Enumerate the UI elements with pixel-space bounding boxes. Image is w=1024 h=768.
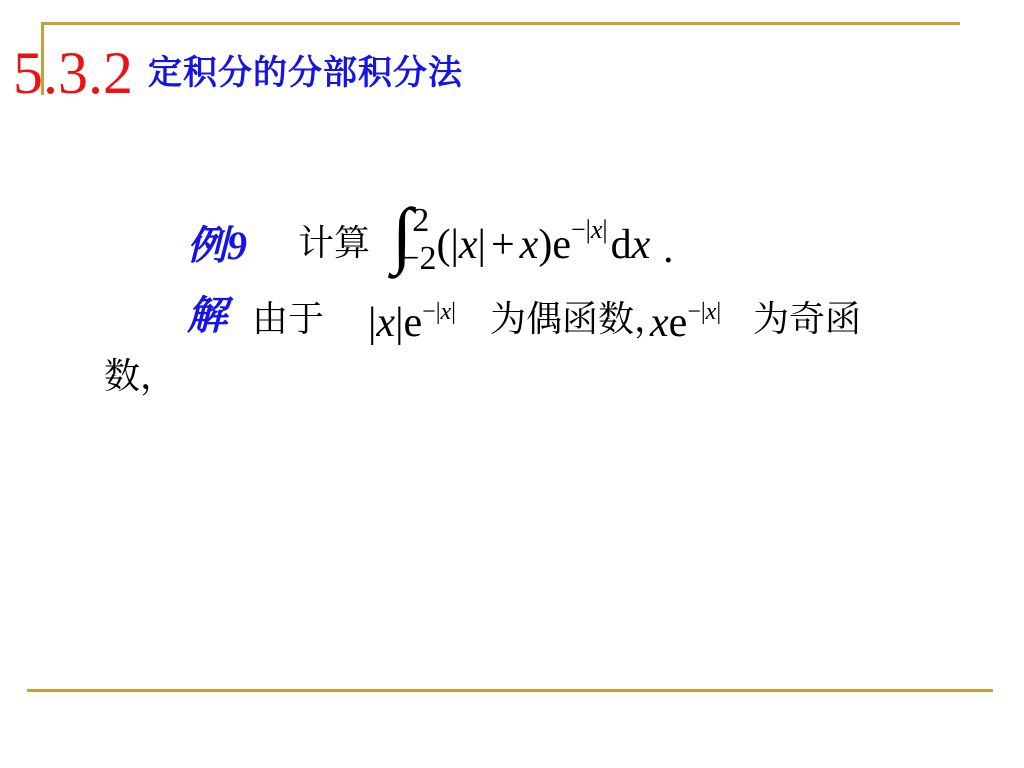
abs-bar: |: [451, 299, 456, 325]
top-border-line: [42, 22, 960, 25]
minus-sign: −: [571, 215, 586, 244]
var-x: x: [632, 222, 651, 268]
plus-sign: +: [491, 222, 515, 268]
abs-bar: |: [602, 215, 607, 244]
integral-formula: ∫ 2 −2 (|x|+x)e−|x|dx: [392, 196, 650, 276]
euler-e: e: [404, 300, 423, 346]
euler-e: e: [669, 300, 688, 346]
exponent: −|x|: [571, 215, 608, 244]
solution-label: 解: [187, 296, 227, 336]
slide-canvas: { "slide": { "header": { "section_number…: [0, 0, 1024, 768]
open-paren: (: [436, 222, 450, 268]
var-x: x: [376, 300, 395, 346]
even-function-text: 为偶函数，: [490, 301, 670, 339]
lower-limit: −2: [400, 242, 436, 276]
abs-bar: |: [716, 299, 721, 325]
minus-sign: −: [687, 299, 701, 325]
euler-e: e: [552, 222, 571, 268]
exponent: −|x|: [422, 299, 456, 325]
var-x: x: [706, 299, 717, 325]
var-x: x: [441, 299, 452, 325]
exponent: −|x|: [687, 299, 721, 325]
abs-bar: |: [478, 222, 486, 268]
formula-abs-x-exp: |x|e−|x|: [368, 300, 456, 344]
example-label: 例9: [187, 226, 247, 266]
var-x: x: [459, 222, 478, 268]
minus-sign: −: [422, 299, 436, 325]
bottom-border-line: [27, 689, 993, 692]
section-number: 5.3.2: [13, 43, 133, 103]
compute-text: 计算: [298, 225, 370, 263]
integral-limits: 2 −2: [400, 204, 436, 276]
wrapped-text: 数，: [104, 358, 176, 396]
formula-x-exp: xe−|x|: [650, 300, 721, 344]
upper-limit: 2: [412, 204, 436, 238]
close-paren: ): [538, 222, 552, 268]
odd-function-text: 为奇函: [753, 301, 861, 339]
var-x: x: [520, 222, 539, 268]
integrand: (|x|+x)e−|x|dx: [436, 196, 650, 266]
abs-bar: |: [395, 300, 403, 346]
sentence-period: .: [663, 228, 674, 270]
var-x: x: [591, 215, 603, 244]
var-x: x: [650, 300, 669, 346]
abs-bar: |: [450, 222, 458, 268]
differential-d: d: [611, 222, 632, 268]
section-title: 定积分的分部积分法: [148, 56, 463, 92]
since-text: 由于: [252, 301, 324, 339]
